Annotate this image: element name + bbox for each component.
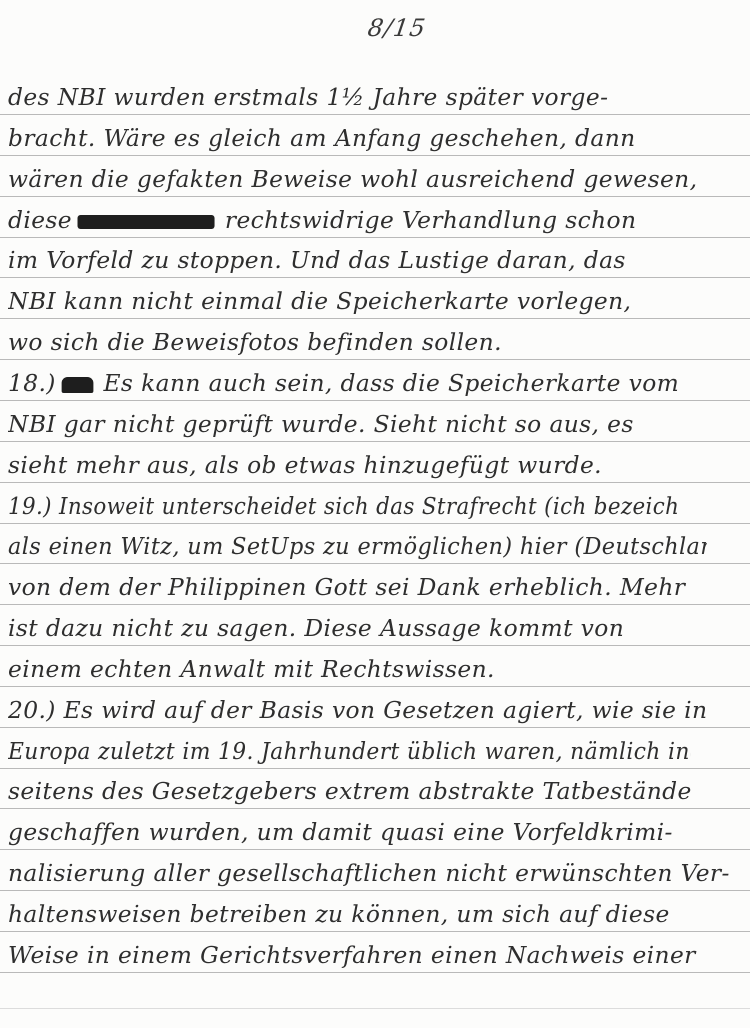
ruled-line: [0, 523, 750, 524]
ruled-line: [0, 277, 750, 278]
text-segment: ist dazu nicht zu sagen. Diese Aussage k…: [8, 614, 624, 642]
text-line: im Vorfeld zu stoppen. Und das Lustige d…: [8, 245, 738, 275]
text-segment: 20.) Es wird auf der Basis von Gesetzen …: [8, 696, 707, 724]
ruled-line: [0, 604, 750, 605]
text-line: 18.)Es kann auch sein, dass die Speicher…: [8, 368, 738, 398]
text-segment: von dem der Philippinen Gott sei Dank er…: [8, 573, 685, 601]
ruled-line: [0, 237, 750, 238]
text-segment: nalisierung aller gesellschaftlichen nic…: [8, 859, 730, 887]
ruled-line: [0, 768, 750, 769]
text-segment: wo sich die Beweisfotos befinden sollen.: [8, 328, 502, 356]
ruled-line: [0, 359, 750, 360]
text-segment: geschaffen wurden, um damit quasi eine V…: [8, 818, 673, 846]
ruled-line: [0, 441, 750, 442]
text-segment: NBI kann nicht einmal die Speicherkarte …: [8, 287, 631, 315]
ruled-line: [0, 931, 750, 932]
text-line: wo sich die Beweisfotos befinden sollen.: [8, 327, 738, 357]
text-segment: .: [487, 655, 495, 683]
text-line: wären die gefakten Beweise wohl ausreich…: [8, 164, 738, 194]
ruled-line: [0, 727, 750, 728]
text-segment: als einen Witz, um SetUps zu ermöglichen…: [8, 532, 707, 560]
ruled-line: [0, 196, 750, 197]
text-segment: einem: [8, 655, 90, 683]
ruled-line: [0, 114, 750, 115]
text-line: des NBI wurden erstmals 1½ Jahre später …: [8, 82, 738, 112]
ruled-line: [0, 686, 750, 687]
text-segment: rechtswidrige Verhandlung schon: [225, 206, 637, 234]
text-line: Europa zuletzt im 19. Jahrhundert üblich…: [8, 736, 690, 766]
underlined-word: echten: [90, 655, 173, 683]
text-segment: Es kann auch sein, dass die Speicherkart…: [103, 369, 679, 397]
text-line: haltensweisen betreiben zu können, um si…: [8, 899, 738, 929]
text-line: ist dazu nicht zu sagen. Diese Aussage k…: [8, 613, 738, 643]
text-line: bracht. Wäre es gleich am Anfang gescheh…: [8, 123, 738, 153]
handwritten-page: 8/15 des NBI wurden erstmals 1½ Jahre sp…: [0, 0, 750, 1028]
ruled-line: [0, 400, 750, 401]
text-segment: im Vorfeld zu stoppen. Und das Lustige d…: [8, 246, 626, 274]
ruled-line: [0, 645, 750, 646]
text-segment: 18.): [8, 369, 56, 397]
ruled-line: [0, 482, 750, 483]
page-number: 8/15: [366, 14, 428, 42]
ruled-line: [0, 563, 750, 564]
ruled-line: [0, 155, 750, 156]
ruled-line: [0, 808, 750, 809]
text-segment: seitens des Gesetzgebers extrem abstrakt…: [8, 777, 692, 805]
redaction-mark: [78, 215, 215, 229]
text-line: seitens des Gesetzgebers extrem abstrakt…: [8, 776, 738, 806]
text-segment: NBI gar nicht geprüft wurde. Sieht nicht…: [8, 410, 634, 438]
text-segment: Europa zuletzt im 19. Jahrhundert üblich…: [8, 737, 690, 765]
text-line: nalisierung aller gesellschaftlichen nic…: [8, 858, 738, 888]
text-segment: des NBI wurden erstmals 1½ Jahre später …: [8, 83, 608, 111]
ruled-line: [0, 318, 750, 319]
ruled-line: [0, 972, 750, 973]
text-line: sieht mehr aus, als ob etwas hinzugefügt…: [8, 450, 738, 480]
text-segment: Weise in einem Gerichtsverfahren einen N…: [8, 941, 696, 969]
text-line: von dem der Philippinen Gott sei Dank er…: [8, 572, 738, 602]
text-line: NBI kann nicht einmal die Speicherkarte …: [8, 286, 738, 316]
text-line: einem echten Anwalt mit Rechtswissen.: [8, 654, 738, 684]
ruled-line: [0, 1008, 750, 1009]
text-segment: bracht. Wäre es gleich am Anfang gescheh…: [8, 124, 636, 152]
text-line: 20.) Es wird auf der Basis von Gesetzen …: [8, 695, 738, 725]
text-segment: haltensweisen betreiben zu können, um si…: [8, 900, 670, 928]
ruled-line: [0, 849, 750, 850]
text-segment: diese: [8, 206, 72, 234]
underlined-word: Rechtswissen: [321, 655, 487, 683]
text-line: geschaffen wurden, um damit quasi eine V…: [8, 817, 738, 847]
text-line: NBI gar nicht geprüft wurde. Sieht nicht…: [8, 409, 738, 439]
text-line: 19.) Insoweit unterscheidet sich das Str…: [8, 491, 678, 521]
text-segment: Anwalt mit: [173, 655, 322, 683]
text-segment: wären die gefakten Beweise wohl ausreich…: [8, 165, 697, 193]
text-segment: 19.) Insoweit unterscheidet sich das Str…: [8, 492, 678, 520]
redaction-mark: [62, 377, 94, 393]
ruled-line: [0, 890, 750, 891]
text-line: als einen Witz, um SetUps zu ermöglichen…: [8, 531, 707, 561]
text-line: dieserechtswidrige Verhandlung schon: [8, 205, 738, 235]
text-line: Weise in einem Gerichtsverfahren einen N…: [8, 940, 738, 970]
text-segment: sieht mehr aus, als ob etwas hinzugefügt…: [8, 451, 602, 479]
